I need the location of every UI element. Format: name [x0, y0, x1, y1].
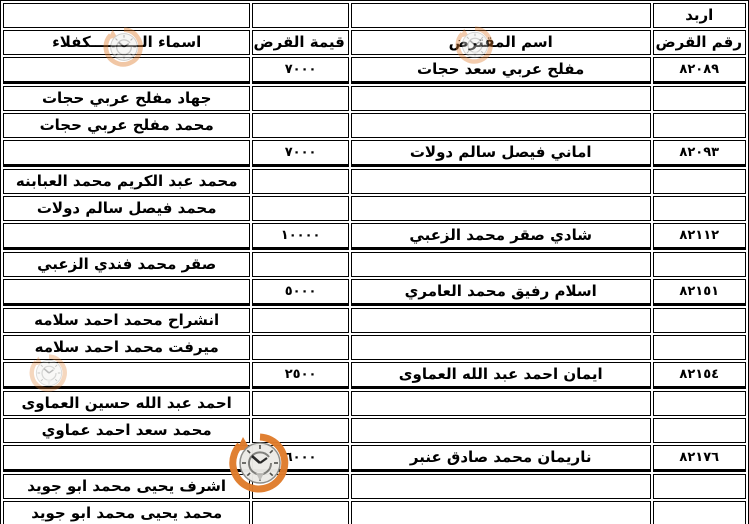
guarantor-name-cell [3, 362, 250, 389]
borrower-name-cell [351, 169, 651, 194]
loan-number-cell [653, 252, 747, 277]
loan-amount-cell [252, 252, 349, 277]
borrower-name-cell: اسلام رفيق محمد العامري [351, 279, 651, 306]
loan-number-cell [653, 196, 747, 221]
guarantor-name-cell: انشراح محمد احمد سلامه [3, 308, 250, 333]
guarantor-row: محمد سعد احمد عماوي [3, 418, 746, 443]
loan-amount-cell: ٧٠٠٠ [252, 140, 349, 167]
loan-number-cell [653, 308, 747, 333]
guarantor-name-cell: محمد سعد احمد عماوي [3, 418, 250, 443]
loan-amount-cell: ١٠٠٠٠ [252, 223, 349, 250]
borrower-name-cell [351, 196, 651, 221]
guarantor-row: ميرفت محمد احمد سلامه [3, 335, 746, 360]
borrower-name-cell [351, 335, 651, 360]
loan-number-cell [653, 169, 747, 194]
loan-number-cell: ٨٢١٥١ [653, 279, 747, 306]
guarantor-name-cell: جهاد مفلح عربي حجات [3, 86, 250, 111]
borrower-name-cell: مفلح عربي سعد حجات [351, 57, 651, 84]
loan-amount-cell [252, 196, 349, 221]
loan-number-cell [653, 86, 747, 111]
loan-amount-cell [252, 474, 349, 499]
guarantor-name-cell: محمد مفلح عربي حجات [3, 113, 250, 138]
guarantor-name-cell [3, 223, 250, 250]
guarantor-name-cell: اشرف يحيى محمد ابو جويد [3, 474, 250, 499]
loan-amount-cell [252, 501, 349, 524]
loan-number-cell: ٨٢١٥٤ [653, 362, 747, 389]
guarantor-name-cell [3, 140, 250, 167]
borrower-name-cell [351, 86, 651, 111]
borrower-name-cell [351, 308, 651, 333]
loan-amount-cell [252, 113, 349, 138]
guarantor-row: محمد عبد الكريم محمد العبابنه [3, 169, 746, 194]
guarantor-name-cell [3, 445, 250, 472]
guarantor-name-cell: محمد يحيى محمد ابو جويد [3, 501, 250, 524]
borrower-name-cell [351, 113, 651, 138]
borrower-name-cell [351, 501, 651, 524]
guarantor-row: جهاد مفلح عربي حجات [3, 86, 746, 111]
loan-amount-cell: ٥٠٠٠ [252, 279, 349, 306]
loan-number-cell: ٨٢١٧٦ [653, 445, 747, 472]
guarantor-row: احمد عبد الله حسين العماوى [3, 391, 746, 416]
guarantor-name-cell [3, 57, 250, 84]
loan-amount-cell: ٧٠٠٠ [252, 57, 349, 84]
empty-cell [3, 3, 250, 28]
loan-record-row: ٨٢١٥٤ايمان احمد عبد الله العماوى٢٥٠٠ [3, 362, 746, 389]
loan-record-row: ٨٢٠٩٣اماني فيصل سالم دولات٧٠٠٠ [3, 140, 746, 167]
guarantor-row: محمد يحيى محمد ابو جويد [3, 501, 746, 524]
loan-number-cell [653, 391, 747, 416]
loans-table: اربد رقم القرض اسم المقترض قيمة القرض اس… [0, 0, 749, 524]
empty-cell [351, 3, 651, 28]
loan-record-row: ٨٢١١٢شادي صقر محمد الزعبي١٠٠٠٠ [3, 223, 746, 250]
loan-amount-cell [252, 335, 349, 360]
loan-number-cell [653, 418, 747, 443]
borrower-name-cell: ناريمان محمد صادق عنبر [351, 445, 651, 472]
loan-amount-cell [252, 391, 349, 416]
loan-number-cell [653, 474, 747, 499]
loan-number-cell [653, 335, 747, 360]
guarantor-row: انشراح محمد احمد سلامه [3, 308, 746, 333]
borrower-name-cell [351, 391, 651, 416]
guarantor-name-cell: ميرفت محمد احمد سلامه [3, 335, 250, 360]
loan-amount-cell [252, 308, 349, 333]
loan-number-cell: ٨٢٠٨٩ [653, 57, 747, 84]
guarantor-row: محمد فيصل سالم دولات [3, 196, 746, 221]
borrower-name-cell: شادي صقر محمد الزعبي [351, 223, 651, 250]
borrower-name-cell [351, 474, 651, 499]
column-header-row: رقم القرض اسم المقترض قيمة القرض اسماء ا… [3, 30, 746, 55]
guarantor-name-cell: احمد عبد الله حسين العماوى [3, 391, 250, 416]
region-row: اربد [3, 3, 746, 28]
borrower-name-cell: ايمان احمد عبد الله العماوى [351, 362, 651, 389]
loan-amount-cell [252, 418, 349, 443]
guarantor-row: صقر محمد فندي الزعبي [3, 252, 746, 277]
guarantor-name-cell: صقر محمد فندي الزعبي [3, 252, 250, 277]
borrower-name-cell [351, 418, 651, 443]
loan-amount-cell: ٦٠٠٠ [252, 445, 349, 472]
loan-amount-cell [252, 169, 349, 194]
borrower-name-cell [351, 252, 651, 277]
column-header-amount: قيمة القرض [252, 30, 349, 55]
loan-amount-cell: ٢٥٠٠ [252, 362, 349, 389]
guarantor-row: اشرف يحيى محمد ابو جويد [3, 474, 746, 499]
loans-table-body: اربد رقم القرض اسم المقترض قيمة القرض اس… [3, 3, 746, 524]
loan-number-cell: ٨٢١١٢ [653, 223, 747, 250]
loan-amount-cell [252, 86, 349, 111]
loan-document-page: اربد رقم القرض اسم المقترض قيمة القرض اس… [0, 0, 749, 524]
column-header-loan-number: رقم القرض [653, 30, 747, 55]
loan-number-cell [653, 113, 747, 138]
empty-cell [252, 3, 349, 28]
loan-number-cell: ٨٢٠٩٣ [653, 140, 747, 167]
guarantor-name-cell: محمد فيصل سالم دولات [3, 196, 250, 221]
guarantor-name-cell [3, 279, 250, 306]
loan-record-row: ٨٢٠٨٩مفلح عربي سعد حجات٧٠٠٠ [3, 57, 746, 84]
region-name-cell: اربد [653, 3, 747, 28]
guarantor-row: محمد مفلح عربي حجات [3, 113, 746, 138]
loan-number-cell [653, 501, 747, 524]
column-header-guarantors: اسماء الــــــــــكفلاء [3, 30, 250, 55]
loan-record-row: ٨٢١٥١اسلام رفيق محمد العامري٥٠٠٠ [3, 279, 746, 306]
borrower-name-cell: اماني فيصل سالم دولات [351, 140, 651, 167]
loan-record-row: ٨٢١٧٦ناريمان محمد صادق عنبر٦٠٠٠ [3, 445, 746, 472]
column-header-borrower: اسم المقترض [351, 30, 651, 55]
guarantor-name-cell: محمد عبد الكريم محمد العبابنه [3, 169, 250, 194]
